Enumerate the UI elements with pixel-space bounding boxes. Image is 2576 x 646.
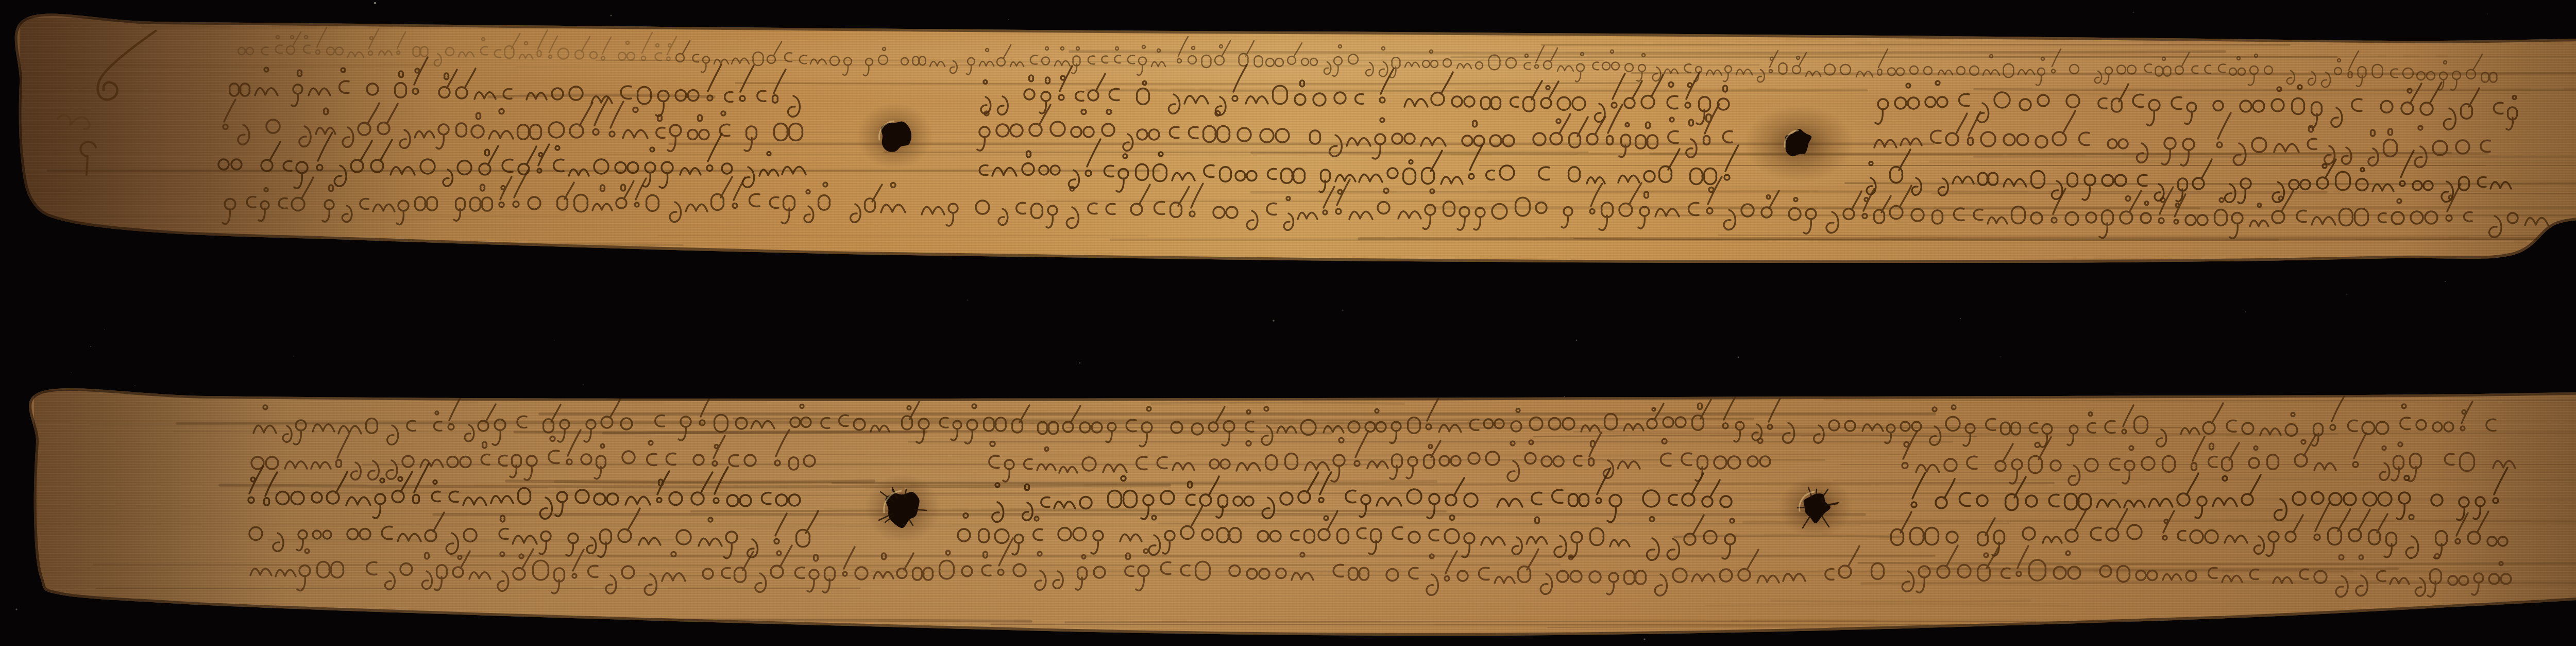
palm-leaf-bottom [29, 388, 2576, 636]
dust-speck [1564, 396, 1565, 397]
dust-speck [2346, 293, 2347, 295]
dust-speck [1273, 320, 1275, 322]
dust-speck [2133, 12, 2134, 13]
dust-speck [583, 384, 584, 386]
dust-speck [554, 340, 555, 341]
dust-speck [104, 329, 105, 329]
dust-speck [293, 356, 295, 357]
dust-speck [2487, 13, 2488, 15]
dust-speck [15, 608, 17, 610]
dust-speck [374, 2, 376, 4]
dust-speck [1738, 357, 1739, 358]
dust-speck [2445, 281, 2446, 282]
binding-hole [1744, 106, 1854, 182]
dust-speck [1576, 340, 1578, 341]
photo-background: Photograph of two long palm-leaf manuscr… [0, 0, 2576, 646]
dust-speck [134, 385, 135, 386]
dust-speck [1079, 362, 1080, 363]
binding-hole [865, 474, 940, 542]
dust-speck [1999, 356, 2001, 357]
manuscript-photo: Photograph of two long palm-leaf manuscr… [0, 0, 2576, 646]
dust-speck [2245, 311, 2246, 312]
palm-leaf-top [15, 13, 2576, 263]
dust-speck [611, 15, 612, 16]
dust-speck [1643, 638, 1646, 640]
dust-speck [967, 299, 968, 301]
dust-speck [90, 346, 91, 347]
dust-speck [71, 372, 72, 373]
binding-hole [1778, 476, 1853, 538]
dust-speck [1342, 309, 1344, 311]
dust-speck [1960, 318, 1961, 319]
dust-speck [1008, 19, 1009, 20]
binding-hole [857, 103, 933, 169]
